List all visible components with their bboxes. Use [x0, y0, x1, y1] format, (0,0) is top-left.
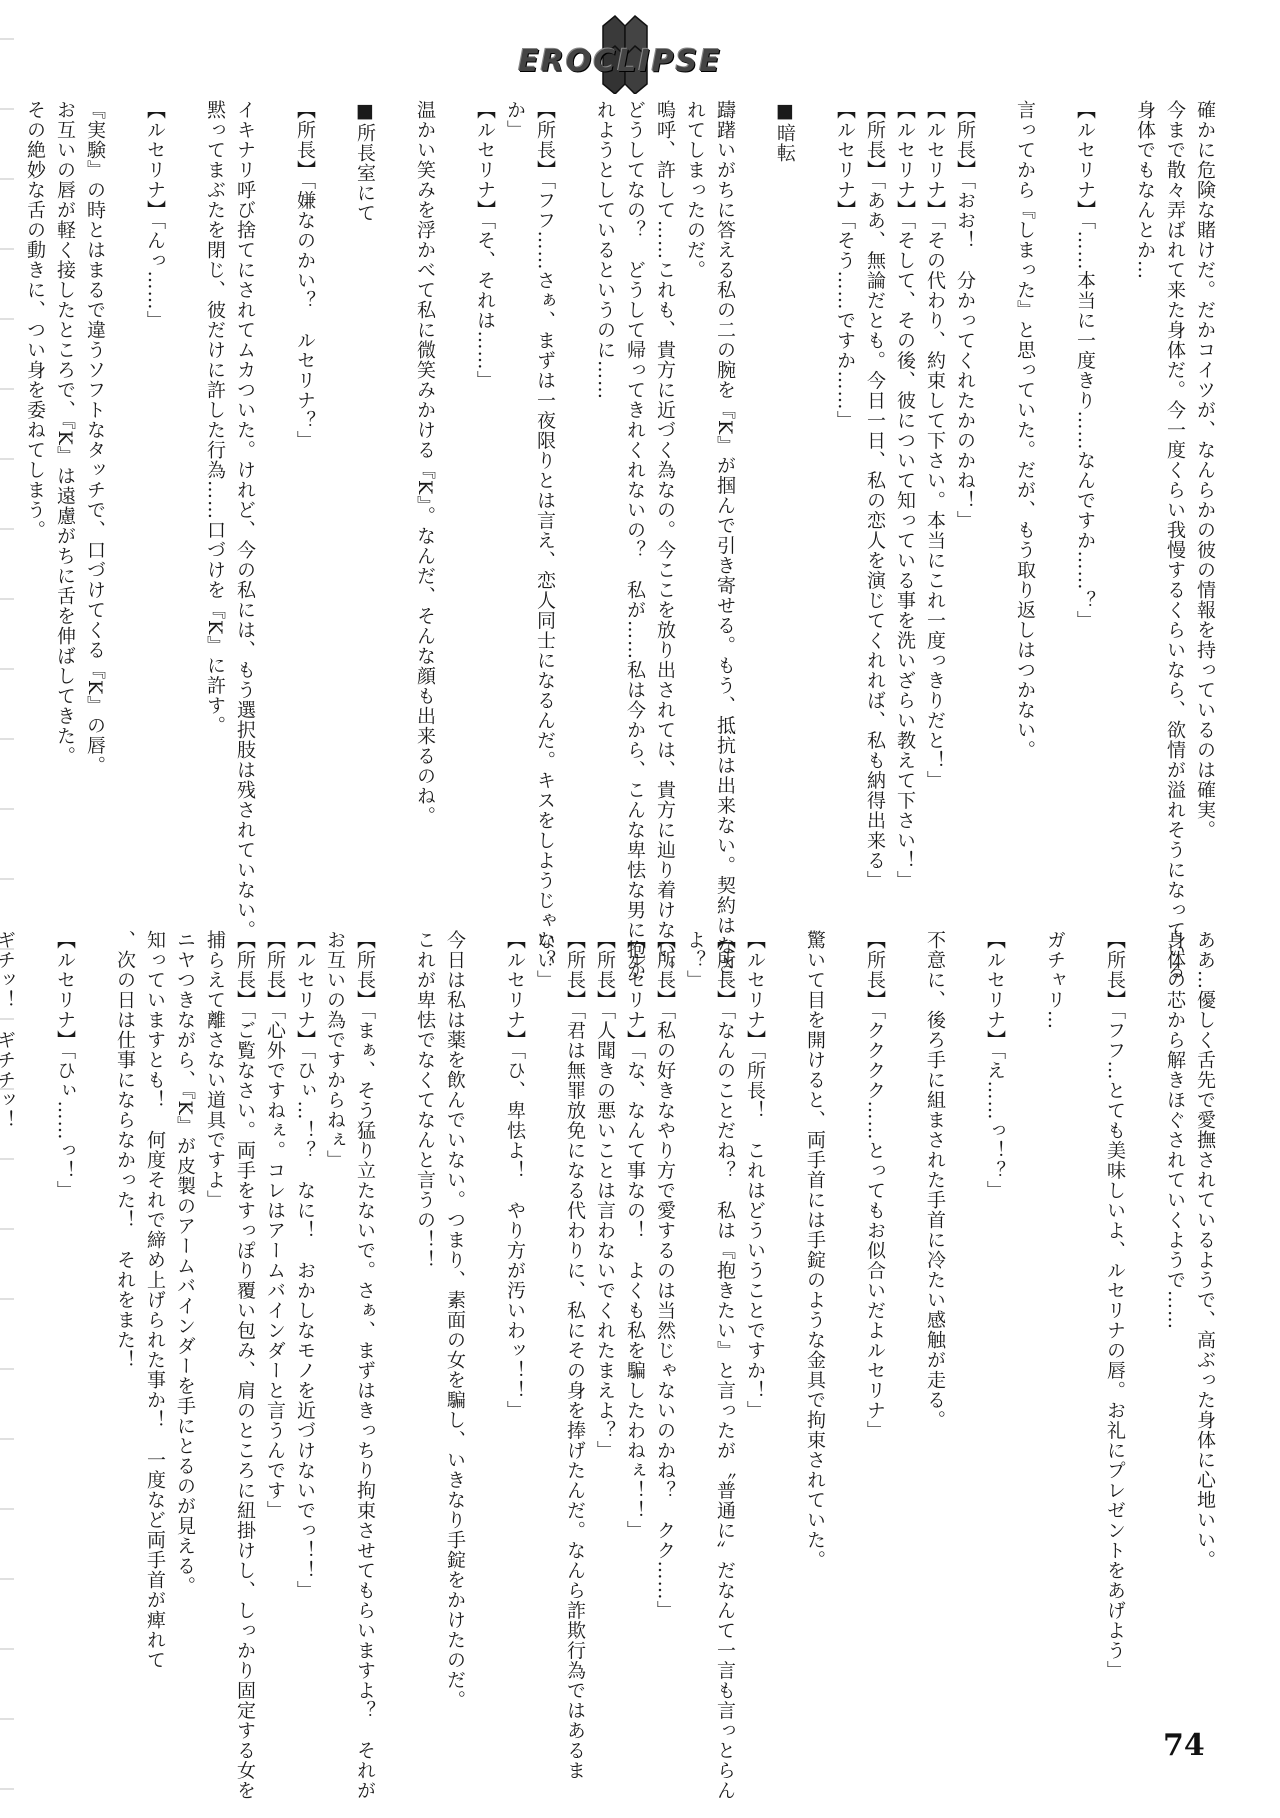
- text-line: 【所長】「嫌なのかい？ ルセリナ？」: [290, 100, 320, 840]
- text-line: 【所長】「フフ……さぁ、まずは一夜限りとは言え、恋人同士になるんだ。キスをしよう…: [530, 100, 560, 840]
- text-line: か」: [500, 100, 530, 840]
- text-line: 【ルセリナ】「んっ……」: [140, 100, 170, 840]
- text-line: [1010, 930, 1040, 1690]
- text-line: [800, 100, 830, 840]
- text-line: 知っていますとも！ 何度それで締め上げられた事か！ 一度など両手首が痺れて: [140, 930, 170, 1690]
- text-line: 捕らえて離さない道具ですよ」: [200, 930, 230, 1690]
- text-line: 【所長】「心外ですねぇ。コレはアームバインダーと言うんです」: [260, 930, 290, 1690]
- text-line: ■所長室にて: [350, 100, 380, 840]
- text-line: 【所長】「フフ…とても美味しいよ、ルセリナの唇。お礼にプレゼントをあげよう」: [1100, 930, 1130, 1690]
- text-line: [380, 930, 410, 1690]
- text-line: 【ルセリナ】「え……っ！？」: [980, 930, 1010, 1690]
- text-line: お互いの為ですからねぇ」: [320, 930, 350, 1690]
- text-line: れようとしているというのに……: [590, 100, 620, 840]
- text-line: [1070, 930, 1100, 1690]
- text-line: ガチャリ…: [1040, 930, 1070, 1690]
- text-line: 【ルセリナ】「ひぃ…！？ なに！ おかしなモノを近づけないでっ！！」: [290, 930, 320, 1690]
- text-line: 躊躇いがちに答える私の二の腕を『K』が掴んで引き寄せる。もう、抵抗は出来ない。契…: [710, 100, 740, 840]
- text-line: ニヤつきながら、『K』が皮製のアームバインダーを手にとるのが見える。: [170, 930, 200, 1690]
- text-line: [890, 930, 920, 1690]
- text-line: れてしまったのだ。: [680, 100, 710, 840]
- text-line: [380, 100, 410, 840]
- eroclipse-logo: EROCLIPSE: [515, 14, 725, 94]
- text-line: 驚いて目を開けると、両手首には手錠のような金具で拘束されていた。: [800, 930, 830, 1690]
- text-line: [830, 930, 860, 1690]
- text-line: い？」: [530, 930, 560, 1690]
- text-line: 今日は私は薬を飲んでいない。つまり、素面の女を騙し、いきなり手錠をかけたのだ。: [440, 930, 470, 1690]
- page-number: 74: [1163, 1728, 1205, 1763]
- text-line: これが卑怯でなくてなんと言うの！！: [410, 930, 440, 1690]
- text-line: [1040, 100, 1070, 840]
- upper-text-block: 確かに危険な賭けだ。だかコイツが、なんらかの彼の情報を持っているのは確実。今まで…: [0, 100, 1220, 840]
- text-line: 【ルセリナ】「そ、それは……」: [470, 100, 500, 840]
- lower-text-block: ああ…優しく舌先で愛撫されているようで、高ぶった身体に心地いい。身体の芯から解き…: [0, 930, 1220, 1690]
- text-line: ■暗転: [770, 100, 800, 840]
- text-line: 『実験』の時とはまるで違うソフトなタッチで、口づけてくる『K』の唇。: [80, 100, 110, 840]
- text-line: 【所長】「まぁ、そう猛り立たないで。さぁ、まずはきっちり拘束させてもらいますよ？…: [350, 930, 380, 1690]
- logo-text: EROCLIPSE: [515, 44, 725, 79]
- text-line: どうしてなの？ どうして帰ってきれくれないの？ 私が……私は今から、こんな卑怯な…: [620, 100, 650, 840]
- text-line: 不意に、後ろ手に組まされた手首に冷たい感触が走る。: [920, 930, 950, 1690]
- text-line: [440, 100, 470, 840]
- text-line: 【ルセリナ】「そう……ですか……」: [830, 100, 860, 840]
- text-line: お互いの唇が軽く接したところで、『K』は遠慮がちに舌を伸ばしてきた。: [50, 100, 80, 840]
- text-line: よ？」: [680, 930, 710, 1690]
- text-line: [260, 100, 290, 840]
- text-line: 、次の日は仕事にならなかった！ それをまた！: [110, 930, 140, 1690]
- text-line: 【所長】「私の好きなやり方で愛するのは当然じゃないのかね？ クク……」: [650, 930, 680, 1690]
- text-line: 【所長】「ああ、無論だとも。今日一日、私の恋人を演じてくれれば、私も納得出来る」: [860, 100, 890, 840]
- text-line: [170, 100, 200, 840]
- text-line: 【ルセリナ】「ひ、卑怯よ！ やり方が汚いわッ！！」: [500, 930, 530, 1690]
- text-line: 身体の芯から解きほぐされていくようで……: [1160, 930, 1190, 1690]
- text-line: 【所長】「クククク……とってもお似合いだよルセリナ」: [860, 930, 890, 1690]
- text-line: 【ルセリナ】「所長！ これはどういうことですか！」: [740, 930, 770, 1690]
- text-line: 【ルセリナ】「その代わり、約束して下さい。本当にこれ一度っきりだと！」: [920, 100, 950, 840]
- text-line: 【ルセリナ】「ひぃ……っ！」: [50, 930, 80, 1690]
- text-line: 【所長】「なんのことだね？ 私は『抱きたい』と言ったが〝普通に〟だなんて一言も言…: [710, 930, 740, 1690]
- text-line: [320, 100, 350, 840]
- text-line: 【ルセリナ】「そして、その後、彼について知っている事を洗いざらい教えて下さい！」: [890, 100, 920, 840]
- text-line: その絶妙な舌の動きに、つい身を委ねてしまう。: [20, 100, 50, 840]
- text-line: 温かい笑みを浮かべて私に微笑みかける『K』。なんだ、そんな顔も出来るのね。: [410, 100, 440, 840]
- text-line: 黙ってまぶたを閉じ、彼だけに許した行為……口づけを『K』に許す。: [200, 100, 230, 840]
- text-line: 【ルセリナ】「な、なんて事なの！ よくも私を騙したわねぇ！！」: [620, 930, 650, 1690]
- text-line: 【所長】「人聞きの悪いことは言わないでくれたまえよ？」: [590, 930, 620, 1690]
- text-line: イキナリ呼び捨てにされてムカついた。けれど、今の私には、もう選択肢は残されていな…: [230, 100, 260, 840]
- text-line: [20, 930, 50, 1690]
- text-line: 今まで散々弄ばれて来た身体だ。今一度くらい我慢するくらいなら、欲情が溢れそうにな…: [1160, 100, 1190, 840]
- text-line: ギチッ！ ギチチッ！: [0, 930, 20, 1690]
- text-line: 【所長】「ご覧なさい。両手をすっぽり覆い包み、肩のところに紐掛けし、しっかり固定…: [230, 930, 260, 1690]
- text-line: [80, 930, 110, 1690]
- text-line: 身体でもなんとか…: [1130, 100, 1160, 840]
- text-line: [980, 100, 1010, 840]
- text-line: [560, 100, 590, 840]
- text-line: [740, 100, 770, 840]
- text-line: 言ってから『しまった』と思っていた。だが、もう取り返しはつかない。: [1010, 100, 1040, 840]
- text-line: [950, 930, 980, 1690]
- text-line: 【ルセリナ】「……本当に一度きり……なんですか……？」: [1070, 100, 1100, 840]
- text-line: [470, 930, 500, 1690]
- text-line: [110, 100, 140, 840]
- text-line: 嗚呼、許して……これも、貴方に近づく為なの。今ここを放り出されては、貴方に辿り着…: [650, 100, 680, 840]
- text-line: 確かに危険な賭けだ。だかコイツが、なんらかの彼の情報を持っているのは確実。: [1190, 100, 1220, 840]
- text-line: ああ…優しく舌先で愛撫されているようで、高ぶった身体に心地いい。: [1190, 930, 1220, 1690]
- text-line: [1100, 100, 1130, 840]
- text-line: 【所長】「おお！ 分かってくれたかのかね！」: [950, 100, 980, 840]
- text-line: [770, 930, 800, 1690]
- text-line: 【所長】「君は無罪放免になる代わりに、私にその身を捧げたんだ。なんら詐欺行為では…: [560, 930, 590, 1690]
- text-line: [1130, 930, 1160, 1690]
- text-line: [0, 100, 20, 840]
